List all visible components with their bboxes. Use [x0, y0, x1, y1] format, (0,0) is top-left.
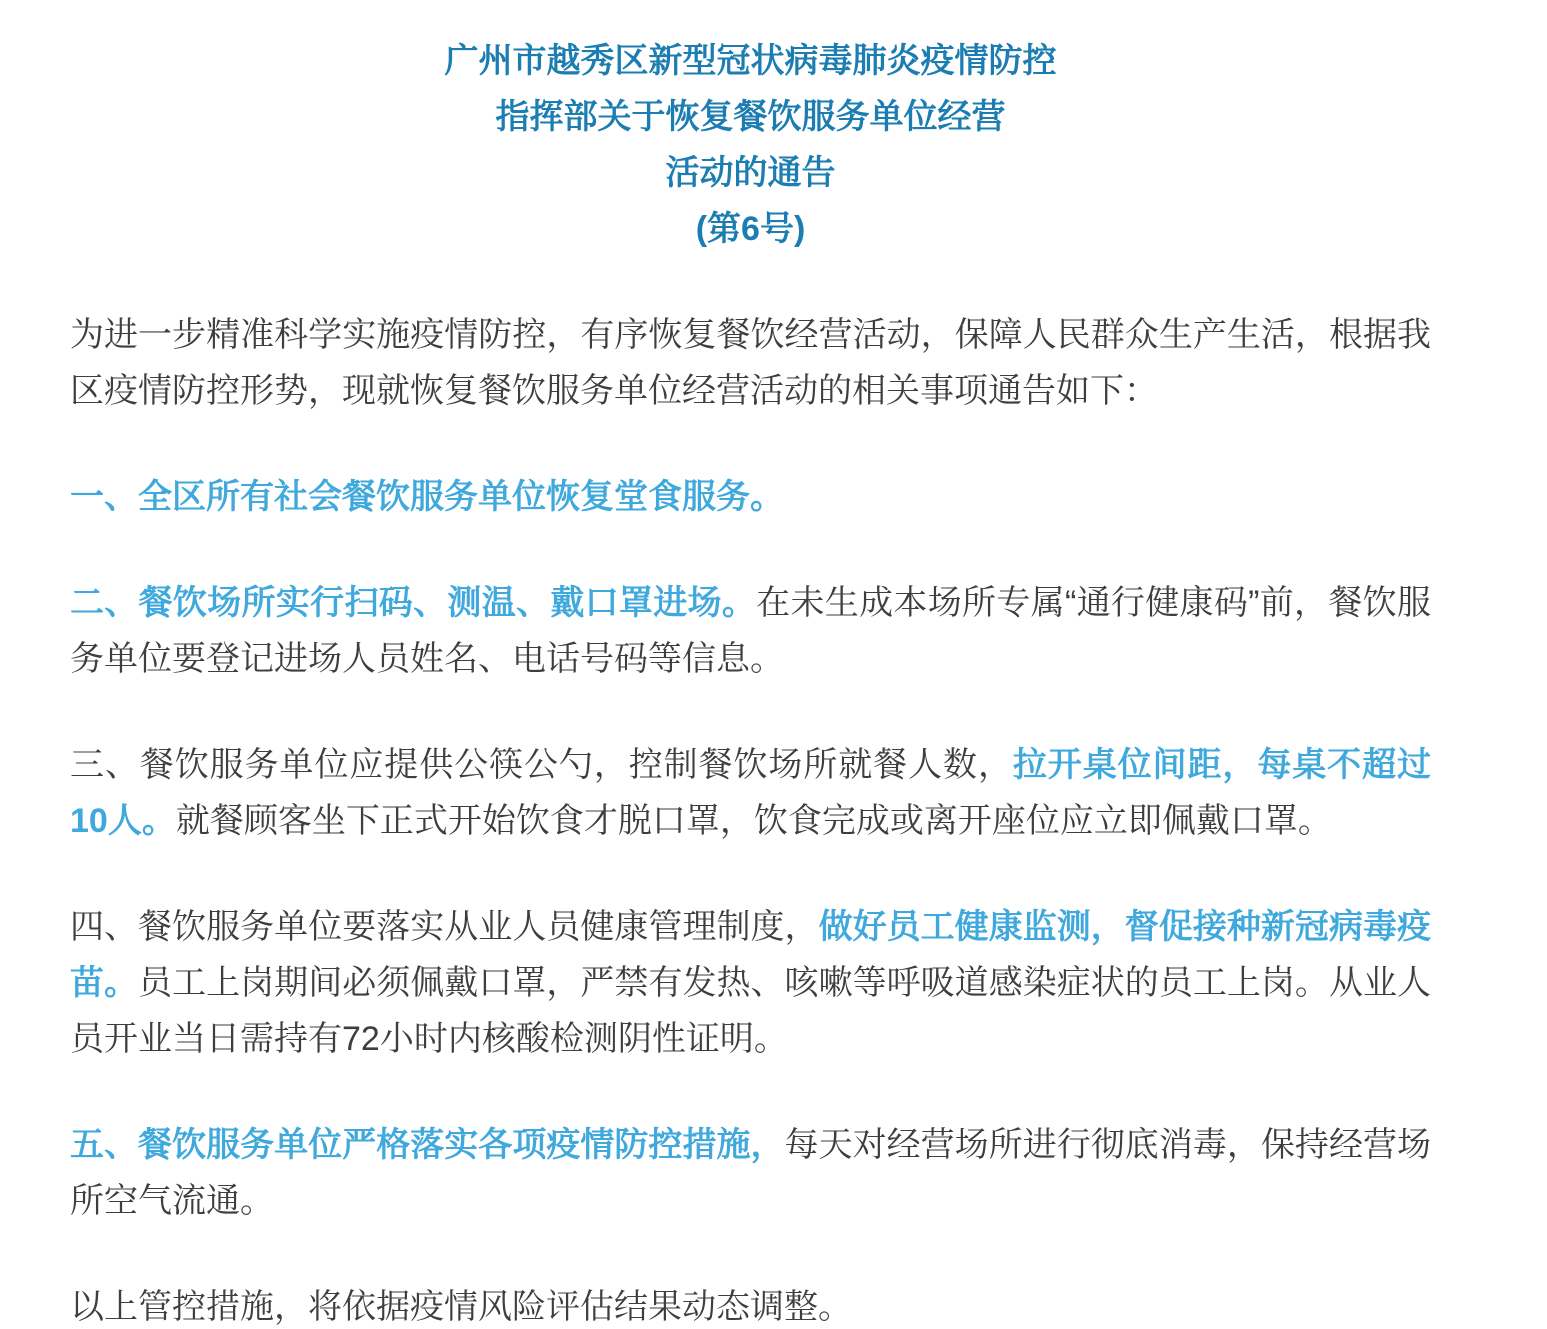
title-line-3: 活动的通告 — [70, 145, 1431, 201]
intro-text: 为进一步精准科学实施疫情防控，有序恢复餐饮经营活动，保障人民群众生产生活，根据我… — [70, 316, 1431, 410]
item-5-paragraph: 五、餐饮服务单位严格落实各项疫情防控措施，每天对经营场所进行彻底消毒，保持经营场… — [70, 1117, 1431, 1229]
item-2-highlight: 二、餐饮场所实行扫码、测温、戴口罩进场。 — [70, 584, 756, 622]
title-line-4-issue-number: (第6号) — [70, 201, 1431, 257]
item-2-paragraph: 二、餐饮场所实行扫码、测温、戴口罩进场。在未生成本场所专属“通行健康码”前，餐饮… — [70, 575, 1431, 687]
item-4-text-before: 四、餐饮服务单位要落实从业人员健康管理制度， — [70, 908, 819, 946]
item-3-text-before: 三、餐饮服务单位应提供公筷公勺，控制餐饮场所就餐人数， — [70, 746, 1013, 784]
item-3-paragraph: 三、餐饮服务单位应提供公筷公勺，控制餐饮场所就餐人数，拉开桌位间距，每桌不超过1… — [70, 737, 1431, 849]
intro-paragraph: 为进一步精准科学实施疫情防控，有序恢复餐饮经营活动，保障人民群众生产生活，根据我… — [70, 307, 1431, 419]
title-line-2: 指挥部关于恢复餐饮服务单位经营 — [70, 89, 1431, 145]
closing-text: 以上管控措施，将依据疫情风险评估结果动态调整。 — [70, 1288, 852, 1326]
item-3-text-after: 就餐顾客坐下正式开始饮食才脱口罩，饮食完成或离开座位应立即佩戴口罩。 — [176, 802, 1332, 840]
notice-title: 广州市越秀区新型冠状病毒肺炎疫情防控 指挥部关于恢复餐饮服务单位经营 活动的通告… — [70, 33, 1431, 257]
item-4-paragraph: 四、餐饮服务单位要落实从业人员健康管理制度，做好员工健康监测，督促接种新冠病毒疫… — [70, 899, 1431, 1067]
item-1-highlight: 一、全区所有社会餐饮服务单位恢复堂食服务。 — [70, 478, 784, 516]
title-line-1: 广州市越秀区新型冠状病毒肺炎疫情防控 — [70, 33, 1431, 89]
item-4-text-after: 员工上岗期间必须佩戴口罩，严禁有发热、咳嗽等呼吸道感染症状的员工上岗。从业人员开… — [70, 964, 1431, 1058]
item-1-paragraph: 一、全区所有社会餐饮服务单位恢复堂食服务。 — [70, 469, 1431, 525]
item-5-highlight: 五、餐饮服务单位严格落实各项疫情防控措施， — [70, 1126, 785, 1164]
closing-paragraph: 以上管控措施，将依据疫情风险评估结果动态调整。 — [70, 1279, 1431, 1329]
notice-document: 广州市越秀区新型冠状病毒肺炎疫情防控 指挥部关于恢复餐饮服务单位经营 活动的通告… — [0, 0, 1547, 1329]
